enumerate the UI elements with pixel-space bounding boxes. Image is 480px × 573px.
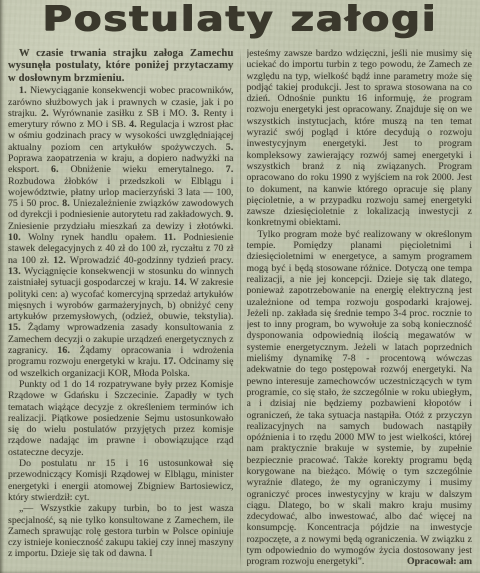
column-divider	[240, 48, 241, 571]
article-body: W czasie trwania strajku załoga Zamechu …	[8, 48, 472, 571]
scan-edge-left	[0, 0, 5, 573]
paragraph-quote-end: Tylko program może być realizowany w okr…	[247, 229, 473, 568]
postulates-paragraph: 1. Niewyciąganie konsekwencji wobec prac…	[8, 85, 234, 379]
quote-end-text: Tylko program może być realizowany w okr…	[247, 229, 473, 568]
paragraph-quote-start: „— Wszystkie zakupy turbin, bo to jest w…	[8, 503, 234, 559]
paragraph-sejm-decisions: Punkty od 1 do 14 rozpatrywane były prze…	[8, 379, 234, 458]
paragraph-minister-intro: Do postulatu nr 15 i 16 ustosunkował się…	[8, 458, 234, 503]
article-title: Postulaty załogi	[0, 0, 480, 41]
paragraph-quote-continuation: jesteśmy zawsze bardzo wdzięczni, jeśli …	[247, 48, 473, 229]
right-column: jesteśmy zawsze bardzo wdzięczni, jeśli …	[247, 48, 473, 571]
newspaper-clipping: Postulaty załogi W czasie trwania strajk…	[0, 0, 480, 573]
intro-paragraph: W czasie trwania strajku załoga Zamechu …	[8, 48, 234, 85]
byline: Opracował: am	[388, 556, 472, 567]
left-column: W czasie trwania strajku załoga Zamechu …	[8, 48, 234, 571]
